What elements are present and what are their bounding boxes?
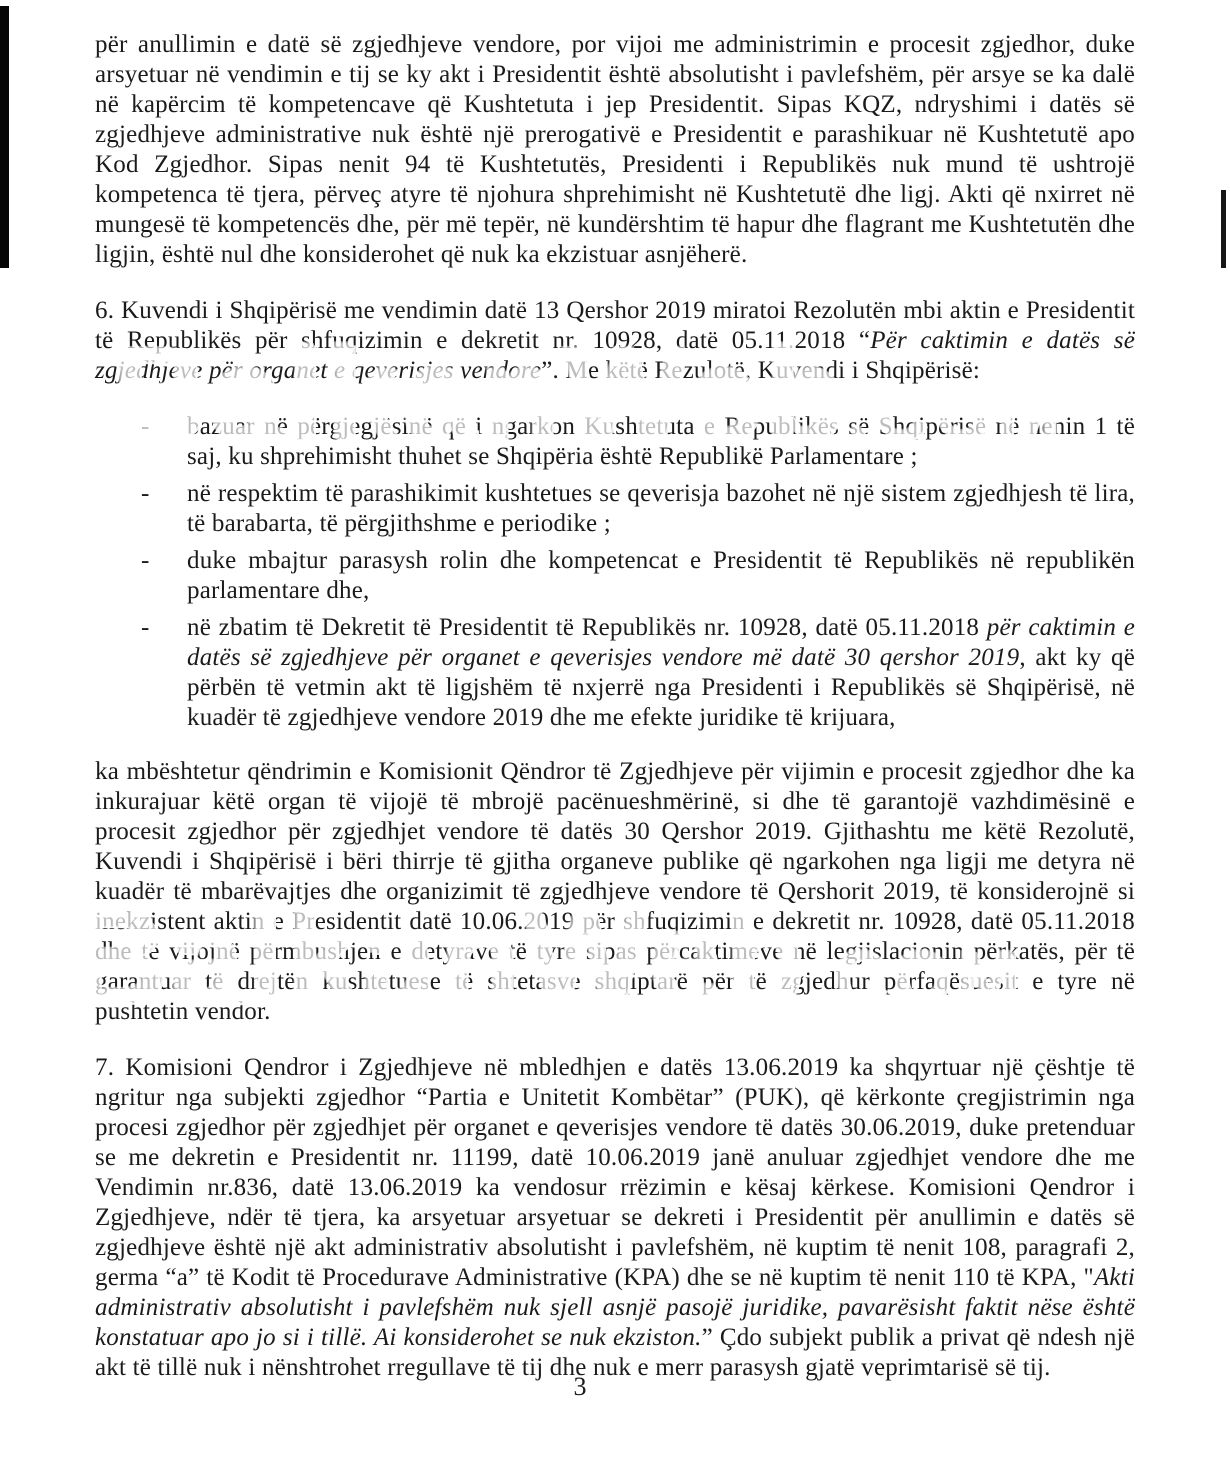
- scan-edge-artifact-right: [1221, 190, 1226, 268]
- bullet-text: bazuar në përgjegjësinë që i ngarkon Kus…: [187, 412, 1135, 472]
- list-item: -në zbatim të Dekretit të Presidentit të…: [95, 613, 1135, 733]
- text-run: ka mbështetur qëndrimin e Komisionit Qën…: [95, 758, 1135, 1025]
- bullet-list: -bazuar në përgjegjësinë që i ngarkon Ku…: [95, 412, 1135, 733]
- list-item: -duke mbajtur parasysh rolin dhe kompete…: [95, 546, 1135, 606]
- paragraph: 6. Kuvendi i Shqipërisë me vendimin datë…: [95, 296, 1135, 386]
- text-run: ”. Me këtë Rezulotë, Kuvendi i Shqipëris…: [541, 357, 980, 384]
- text-run: bazuar në përgjegjësinë që i ngarkon Kus…: [187, 413, 1135, 470]
- bullet-marker: -: [95, 412, 187, 472]
- bullet-text: duke mbajtur parasysh rolin dhe kompeten…: [187, 546, 1135, 606]
- bullet-marker: -: [95, 613, 187, 733]
- text-run: për anullimin e datë së zgjedhjeve vendo…: [95, 31, 1135, 268]
- bullet-marker: -: [95, 479, 187, 539]
- bullet-text: në zbatim të Dekretit të Presidentit të …: [187, 613, 1135, 733]
- scanned-document-page: BalkanWeb.COM BalkanWeb.COM për anullimi…: [0, 0, 1230, 1464]
- text-run: në zbatim të Dekretit të Presidentit të …: [187, 614, 987, 641]
- list-item: -bazuar në përgjegjësinë që i ngarkon Ku…: [95, 412, 1135, 472]
- document-text: për anullimin e datë së zgjedhjeve vendo…: [95, 30, 1135, 1409]
- list-item: -në respektim të parashikimit kushtetues…: [95, 479, 1135, 539]
- bullet-text: në respektim të parashikimit kushtetues …: [187, 479, 1135, 539]
- paragraph: për anullimin e datë së zgjedhjeve vendo…: [95, 30, 1135, 270]
- scan-edge-artifact-left: [0, 6, 9, 268]
- bullet-marker: -: [95, 546, 187, 606]
- page-number: 3: [0, 1372, 1160, 1402]
- text-run: 7. Komisioni Qendror i Zgjedhjeve në mbl…: [95, 1054, 1135, 1291]
- text-run: duke mbajtur parasysh rolin dhe kompeten…: [187, 547, 1135, 604]
- text-run: në respektim të parashikimit kushtetues …: [187, 480, 1135, 537]
- paragraph: 7. Komisioni Qendror i Zgjedhjeve në mbl…: [95, 1053, 1135, 1383]
- paragraph: ka mbështetur qëndrimin e Komisionit Qën…: [95, 757, 1135, 1027]
